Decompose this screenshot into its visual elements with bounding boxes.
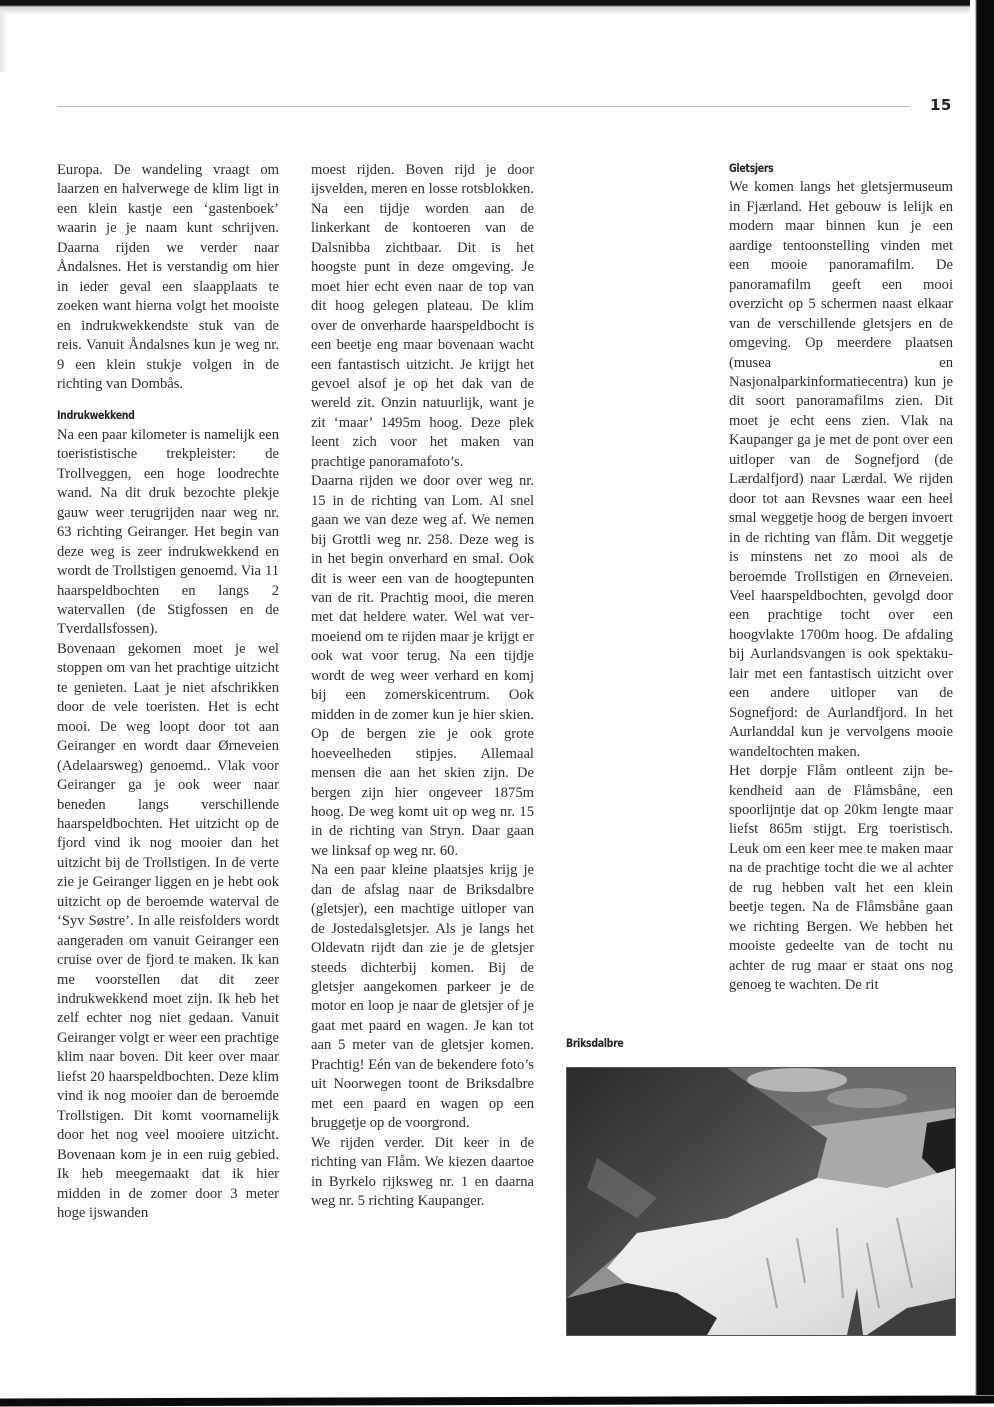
scan-edge-top [0,0,994,14]
subheading-gletsjers: Gletsjers [729,159,913,178]
text-column-3: Gletsjers We komen langs het gletsjermu­… [729,159,953,995]
figure-caption: Briksdalbre [566,1036,623,1050]
paragraph: We komen langs het gletsjermu­seum in Fj… [729,178,953,762]
paragraph: Daarna rijden we door over weg nr. 15 in… [311,472,534,861]
scan-edge-left [0,12,7,72]
paragraph: Na een paar kilometer is name­lijk een t… [57,426,279,640]
page-number: 15 [930,96,952,114]
glacier-image-icon [567,1068,955,1335]
scan-edge-bottom [0,1395,994,1407]
glacier-photo [566,1067,956,1336]
paragraph: We rijden verder. Dit keer in de richtin… [311,1134,534,1212]
scan-edge-right [970,0,994,1407]
paragraph: Bovenaan gekomen moet je wel stoppen om … [57,640,279,1224]
subheading-indrukwekkend: Indrukwekkend [57,406,239,425]
header-rule [57,106,910,107]
text-column-1: Europa. De wandeling vraagt om laarzen e… [57,161,279,1223]
paragraph: Het dorpje Flåm ontleent zijn be­kendhei… [729,762,953,995]
paragraph: Na een paar kleine plaatsjes krijg je da… [311,861,534,1133]
paragraph: Europa. De wandeling vraagt om laarzen e… [57,161,279,394]
paragraph: moest rijden. Boven rijd je door ijsveld… [311,161,534,472]
text-column-2: moest rijden. Boven rijd je door ijsveld… [311,161,534,1211]
